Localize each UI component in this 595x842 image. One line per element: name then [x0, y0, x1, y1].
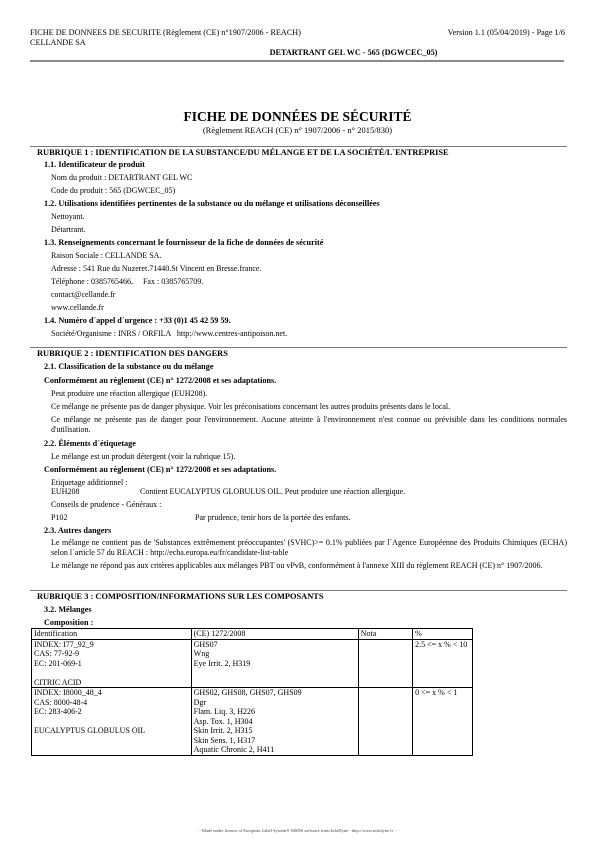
nota-cell: [358, 688, 412, 756]
page-footer: - Made under licence of European Label S…: [0, 826, 595, 836]
substance-name: CITRIC ACID: [34, 678, 189, 688]
classification-text-3: Ce mélange ne présente pas de danger pou…: [51, 415, 567, 435]
precaution-code: P102: [51, 513, 67, 523]
use-1: Nettoyant.: [51, 212, 85, 222]
index-number: INDEX: I77_92_9: [34, 640, 189, 650]
supplier-name: Raison Sociale : CELLANDE SA.: [51, 251, 161, 261]
substance-name: EUCALYPTUS GLOBULUS OIL: [34, 726, 189, 736]
header-doc-type: FICHE DE DONNEES DE SECURITE (Règlement …: [30, 28, 301, 38]
column-header-identification: Identification: [32, 629, 192, 640]
section-2-3-heading: 2.3. Autres dangers: [44, 526, 111, 536]
table-row: INDEX: I77_92_9 CAS: 77-92-9 EC: 201-069…: [32, 639, 473, 688]
index-number: INDEX: I8000_48_4: [34, 688, 189, 698]
use-2: Détartrant.: [51, 225, 85, 235]
euh-text: Contient EUCALYPTUS GLOBULUS OIL. Peut p…: [140, 487, 405, 497]
section-2-1-heading: 2.1. Classification de la substance ou d…: [44, 362, 213, 372]
rubrique-3-heading: RUBRIQUE 3 : COMPOSITION/INFORMATIONS SU…: [37, 592, 324, 602]
signal-word: Wng: [194, 649, 356, 659]
section-3-2-heading: 3.2. Mélanges: [44, 605, 92, 615]
other-hazards-1: Le mélange ne contient pas de 'Substance…: [51, 538, 567, 557]
ec-number: EC: 283-406-2: [34, 707, 189, 717]
cas-number: CAS: 77-92-9: [34, 649, 189, 659]
section-divider: [30, 146, 567, 147]
section-1-3-heading: 1.3. Renseignements concernant le fourni…: [44, 238, 323, 248]
hazard-statement: Eye Irrit. 2, H319: [194, 659, 356, 669]
header-divider: [30, 60, 564, 62]
signal-word: Dgr: [194, 698, 356, 708]
ghs-pictograms: GHS07: [194, 640, 356, 650]
precaution-label: Conseils de prudence - Généraux :: [51, 500, 161, 510]
rubrique-1-heading: RUBRIQUE 1 : IDENTIFICATION DE LA SUBSTA…: [37, 148, 449, 158]
section-2-2-heading: 2.2. Éléments d´étiquetage: [44, 439, 136, 449]
emergency-organisation: Société/Organisme : INRS / ORFILA http:/…: [51, 329, 287, 339]
classification-cell: GHS02, GHS08, GHS07, GHS09 Dgr Flam. Liq…: [191, 688, 358, 756]
classification-text-1: Peut produire une réaction allergique (E…: [51, 389, 207, 399]
hazard-statement: Skin Sens. 1, H317: [194, 736, 356, 746]
section-1-1-heading: 1.1. Identificateur de produit: [44, 160, 145, 170]
page-subtitle: (Règlement REACH (CE) n° 1907/2006 - n° …: [0, 125, 595, 135]
rubrique-2-heading: RUBRIQUE 2 : IDENTIFICATION DES DANGERS: [37, 349, 228, 359]
hazard-statement: Skin Irrit. 2, H315: [194, 726, 356, 736]
percent-cell: 2.5 <= x % < 10: [413, 639, 473, 688]
table-row: INDEX: I8000_48_4 CAS: 8000-48-4 EC: 283…: [32, 688, 473, 756]
section-divider: [30, 347, 567, 348]
section-1-4-heading: 1.4. Numéro d´appel d´urgence : +33 (0)1…: [44, 316, 231, 326]
cas-number: CAS: 8000-48-4: [34, 698, 189, 708]
section-divider: [30, 590, 567, 591]
header-product: DETARTRANT GEL WC - 565 (DGWCEC_05): [0, 48, 595, 58]
product-name: Nom du produit : DETARTRANT GEL WC: [51, 173, 192, 183]
table-header-row: Identification (CE) 1272/2008 Nota %: [32, 629, 473, 640]
column-header-percent: %: [413, 629, 473, 640]
supplier-email[interactable]: contact@cellande.fr: [51, 290, 115, 300]
spacer: [34, 668, 189, 678]
header-version: Version 1.1 (05/04/2019) - Page 1/6: [448, 28, 565, 38]
conformity-statement-2: Conformément au règlement (CE) n° 1272/2…: [44, 465, 276, 475]
classification-text-2: Ce mélange ne présente pas de danger phy…: [51, 402, 450, 412]
product-code: Code du produit : 565 (DGWCEC_05): [51, 186, 175, 196]
section-1-2-heading: 1.2. Utilisations identifiées pertinente…: [44, 199, 380, 209]
column-header-nota: Nota: [358, 629, 412, 640]
classification-cell: GHS07 Wng Eye Irrit. 2, H319: [191, 639, 358, 688]
ec-number: EC: 201-069-1: [34, 659, 189, 669]
conformity-statement-1: Conformément au règlement (CE) n° 1272/2…: [44, 376, 276, 386]
identification-cell: INDEX: I8000_48_4 CAS: 8000-48-4 EC: 283…: [32, 688, 192, 756]
euh-code: EUH208: [51, 487, 79, 497]
supplier-website[interactable]: www.cellande.fr: [51, 303, 104, 313]
other-hazards-2: Le mélange ne répond pas aux critères ap…: [51, 561, 567, 571]
composition-table: Identification (CE) 1272/2008 Nota % IND…: [31, 628, 473, 756]
detergent-note: Le mélange est un produit détergent (voi…: [51, 452, 235, 462]
column-header-classification: (CE) 1272/2008: [191, 629, 358, 640]
identification-cell: INDEX: I77_92_9 CAS: 77-92-9 EC: 201-069…: [32, 639, 192, 688]
composition-label: Composition :: [44, 618, 93, 628]
spacer: [34, 717, 189, 727]
header-company: CELLANDE SA: [30, 38, 86, 48]
percent-cell: 0 <= x % < 1: [413, 688, 473, 756]
supplier-phone-fax: Téléphone : 0385765466. Fax : 0385765709…: [51, 277, 203, 287]
page-title: FICHE DE DONNÉES DE SÉCURITÉ: [0, 109, 595, 124]
nota-cell: [358, 639, 412, 688]
supplier-address: Adresse : 541 Rue du Nuzeret.71440.St Vi…: [51, 264, 261, 274]
precaution-text: Par prudence, tenir hors de la portée de…: [195, 513, 351, 523]
hazard-statement: Aquatic Chronic 2, H411: [194, 745, 356, 755]
ghs-pictograms: GHS02, GHS08, GHS07, GHS09: [194, 688, 356, 698]
hazard-statement: Flam. Liq. 3, H226: [194, 707, 356, 717]
hazard-statement: Asp. Tox. 1, H304: [194, 717, 356, 727]
